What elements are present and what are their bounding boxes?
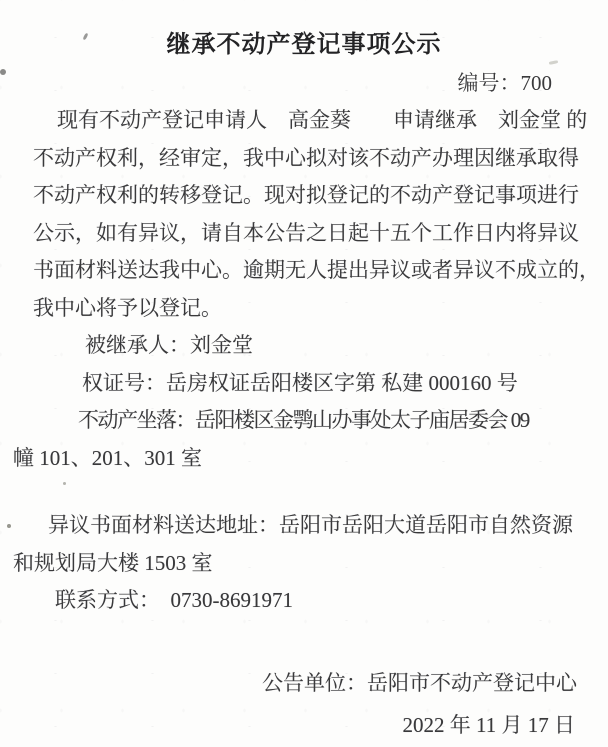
location-line: 不动产坐落：岳阳楼区金鹗山办事处太子庙居委会 09 bbox=[0, 402, 608, 440]
body-line: 我中心将予以登记。 bbox=[0, 290, 608, 328]
objection-address-continuation-line: 和规划局大楼 1503 室 bbox=[0, 545, 608, 583]
objection-section: 异议书面材料送达地址：岳阳市岳阳大道岳阳市自然资源 和规划局大楼 1503 室 … bbox=[0, 507, 608, 620]
body-line: 公示，如有异议，请自本公告之日起十五个工作日内将异议 bbox=[0, 215, 608, 253]
notice-title: 继承不动产登记事项公示 bbox=[0, 26, 608, 64]
detail-section: 被继承人：刘金堂 权证号：岳房权证岳阳楼区字第 私建 000160 号 不动产坐… bbox=[0, 327, 608, 477]
objection-address-line: 异议书面材料送达地址：岳阳市岳阳大道岳阳市自然资源 bbox=[0, 507, 608, 545]
doc-number: 编号：700 bbox=[0, 64, 608, 102]
contact-line: 联系方式： 0730-8691971 bbox=[0, 582, 608, 620]
scan-speck bbox=[63, 482, 66, 485]
body-line: 现有不动产登记申请人 高金葵 申请继承 刘金堂 的 bbox=[0, 102, 608, 140]
heir-line: 被继承人：刘金堂 bbox=[0, 327, 608, 365]
issuer-line: 公告单位：岳阳市不动产登记中心 bbox=[0, 665, 608, 703]
body-paragraph: 现有不动产登记申请人 高金葵 申请继承 刘金堂 的 不动产权利，经审定，我中心拟… bbox=[0, 102, 608, 327]
scan-speck bbox=[7, 524, 11, 528]
notice-document-page: 继承不动产登记事项公示 编号：700 现有不动产登记申请人 高金葵 申请继承 刘… bbox=[0, 0, 608, 747]
location-continuation-line: 幢 101、201、301 室 bbox=[0, 440, 608, 478]
scan-speck bbox=[0, 69, 6, 75]
footer-section: 公告单位：岳阳市不动产登记中心 2022 年 11 月 17 日 bbox=[0, 665, 608, 745]
body-line: 不动产权利的转移登记。现对拟登记的不动产登记事项进行 bbox=[0, 177, 608, 215]
body-line: 书面材料送达我中心。逾期无人提出异议或者异议不成立的， bbox=[0, 252, 608, 290]
body-line: 不动产权利，经审定，我中心拟对该不动产办理因继承取得 bbox=[0, 140, 608, 178]
date-line: 2022 年 11 月 17 日 bbox=[0, 707, 608, 745]
certificate-line: 权证号：岳房权证岳阳楼区字第 私建 000160 号 bbox=[0, 365, 608, 403]
